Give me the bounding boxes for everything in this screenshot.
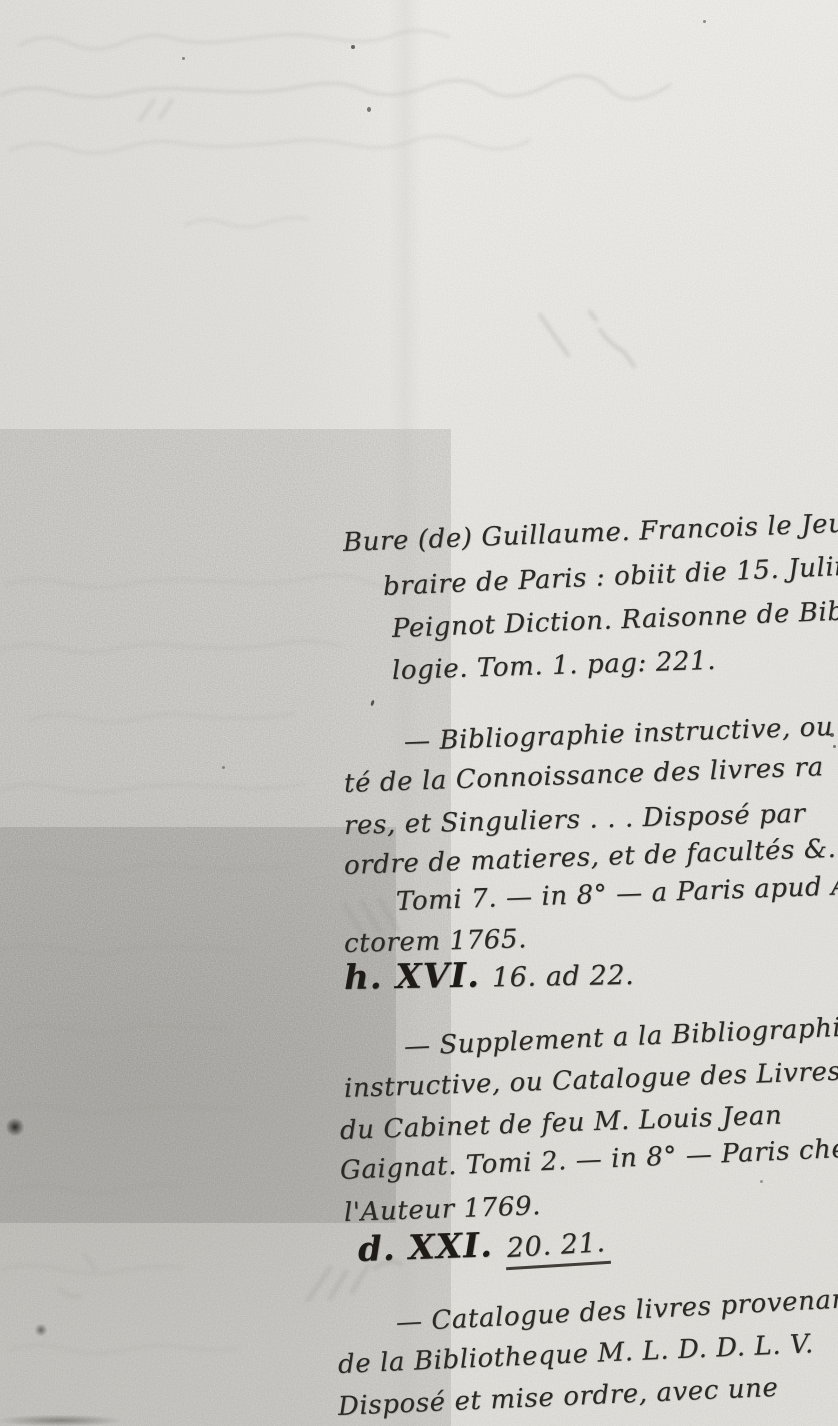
ink-speck	[760, 1180, 763, 1183]
manuscript-line: Bure (de) Guillaume. Francois le Jeune. …	[342, 506, 838, 558]
manuscript-line: ctorem 1765.	[344, 924, 528, 959]
manuscript-line: Tomi 7. — in 8° — a Paris apud Au	[395, 871, 838, 917]
manuscript-line: té de la Connoissance des livres ra	[343, 752, 824, 799]
manuscript-line: l'Auteur 1769.	[343, 1191, 541, 1228]
ink-speck	[370, 700, 375, 707]
ink-speck	[222, 766, 225, 769]
shelfmark-code: h. XVI.	[344, 956, 481, 998]
manuscript-line: — Catalogue des livres provenans	[395, 1284, 838, 1338]
ink-speck	[703, 20, 706, 23]
ink-smudge	[0, 1415, 120, 1426]
manuscript-line: logie. Tom. 1. pag: 221.	[392, 646, 717, 686]
ink-speck	[833, 745, 836, 748]
manuscript-page: Bure (de) Guillaume. Francois le Jeune. …	[0, 0, 838, 1426]
shelfmark-numbers: 20. 21.	[504, 1227, 611, 1270]
shelfmark-numbers: 16. ad 22.	[492, 960, 635, 993]
shelfmark-code: d. XXI.	[357, 1225, 493, 1270]
manuscript-line: — Bibliographie instructive, ou trai	[403, 710, 838, 757]
ink-blot	[5, 1118, 25, 1136]
manuscript-line: braire de Paris : obiit die 15. Julii 17…	[382, 548, 838, 602]
ink-speck	[351, 45, 355, 49]
manuscript-line: instructive, ou Catalogue des Livres	[343, 1057, 838, 1104]
ink-blot	[34, 1324, 48, 1336]
shelfmark-line: h. XVI.16. ad 22.	[344, 953, 635, 998]
manuscript-line: Disposé et mise ordre, avec une	[337, 1373, 779, 1422]
manuscript-line: Peignot Diction. Raisonne de Biblio	[391, 595, 838, 644]
shelfmark-line: d. XXI.20. 21.	[357, 1221, 610, 1274]
manuscript-line: — Supplement a la Bibliographie	[403, 1012, 838, 1062]
ink-speck	[367, 107, 371, 112]
manuscript-line: res, et Singuliers . . . Disposé par	[344, 799, 806, 841]
ink-speck	[182, 57, 185, 60]
